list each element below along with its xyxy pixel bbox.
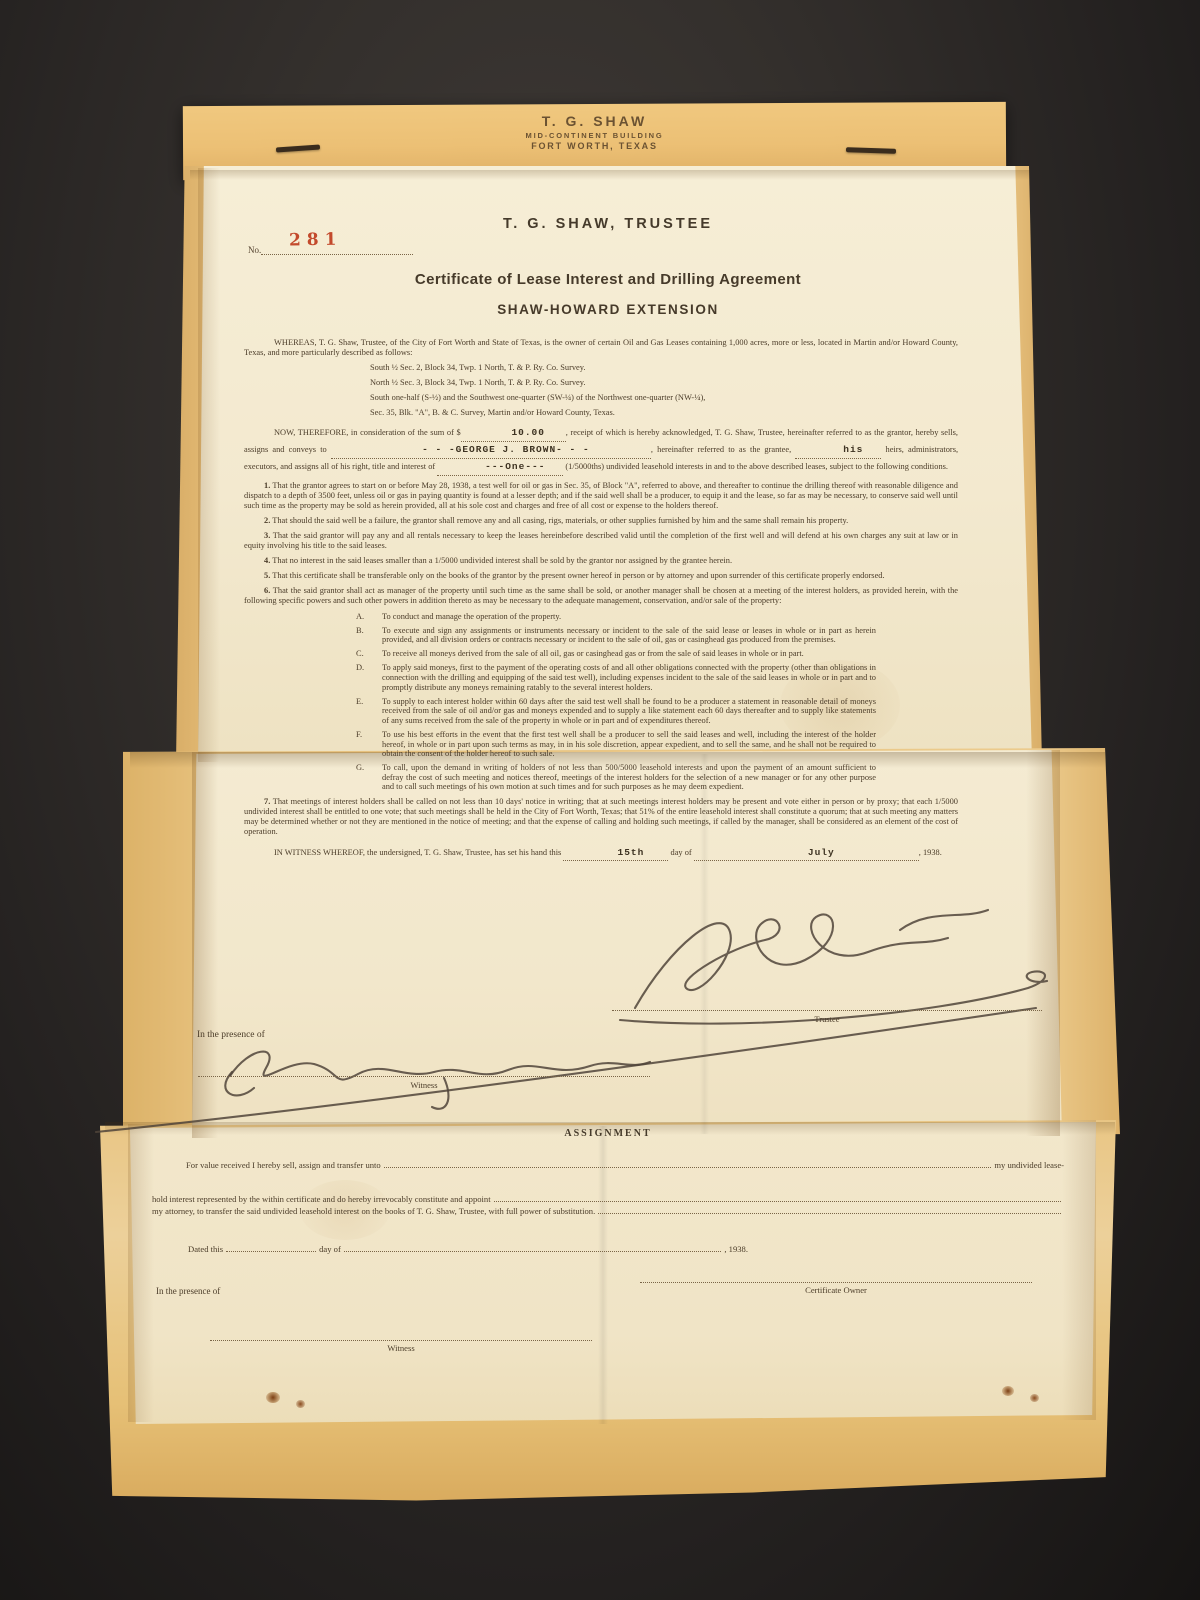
date-month-fill bbox=[344, 1251, 722, 1252]
clause-4: 4. That no interest in the said leases s… bbox=[244, 556, 958, 566]
clause-1: 1. That the grantor agrees to start on o… bbox=[244, 481, 958, 511]
assignment-dated-line: Dated thisday of, 1938. bbox=[188, 1244, 748, 1254]
subitem-f: F.To use his best efforts in the event t… bbox=[356, 730, 876, 759]
clause-5: 5. That this certificate shall be transf… bbox=[244, 571, 958, 581]
clause-7: 7. That meetings of interest holders sha… bbox=[244, 797, 958, 837]
possessive-fill: his bbox=[795, 442, 881, 459]
survey-line: North ½ Sec. 3, Block 34, Twp. 1 North, … bbox=[370, 378, 958, 388]
certificate-title: Certificate of Lease Interest and Drilli… bbox=[205, 271, 1011, 288]
assignment-witness-label: Witness bbox=[210, 1343, 592, 1353]
consideration-amount: 10.00 bbox=[461, 425, 566, 442]
letterhead-name: T. G. SHAW bbox=[183, 113, 1006, 129]
subitem-e: E.To supply to each interest holder with… bbox=[356, 697, 876, 726]
now-therefore-paragraph: NOW, THEREFORE, in consideration of the … bbox=[244, 425, 958, 476]
assignment-paragraph-1: For value received I hereby sell, assign… bbox=[156, 1160, 1064, 1170]
rust-stain bbox=[1030, 1394, 1039, 1402]
clause-6-subitems: A.To conduct and manage the operation of… bbox=[356, 612, 876, 793]
certificate-owner-label: Certificate Owner bbox=[640, 1285, 1032, 1295]
certificate-owner-line bbox=[640, 1272, 1032, 1283]
subitem-b: B.To execute and sign any assignments or… bbox=[356, 626, 876, 645]
letterhead-city: FORT WORTH, TEXAS bbox=[183, 141, 1006, 151]
trustee-label: Trustee bbox=[612, 1014, 1042, 1024]
number-label: No. bbox=[248, 245, 261, 255]
execution-month: July bbox=[694, 846, 919, 861]
letterhead-building: MID-CONTINENT BUILDING bbox=[183, 131, 1006, 140]
fill-line bbox=[598, 1213, 1061, 1214]
extension-title: SHAW-HOWARD EXTENSION bbox=[205, 302, 1011, 317]
certificate-number-line: No.281 bbox=[248, 240, 413, 255]
fill-line bbox=[494, 1201, 1061, 1202]
subitem-c: C.To receive all moneys derived from the… bbox=[356, 649, 876, 659]
subitem-a: A.To conduct and manage the operation of… bbox=[356, 612, 876, 622]
survey-line: South ½ Sec. 2, Block 34, Twp. 1 North, … bbox=[370, 363, 958, 373]
witness-signature-line bbox=[198, 1076, 650, 1077]
assignment-paragraph-2a: hold interest represented by the within … bbox=[152, 1194, 1064, 1204]
rust-stain bbox=[266, 1392, 280, 1403]
execution-day: 15th bbox=[563, 846, 668, 861]
photo-background: T. G. SHAW MID-CONTINENT BUILDING FORT W… bbox=[0, 0, 1200, 1600]
assignment-heading: ASSIGNMENT bbox=[300, 1128, 916, 1139]
execution-line: IN WITNESS WHEREOF, the undersigned, T. … bbox=[244, 846, 958, 861]
grantee-name: - - -GEORGE J. BROWN- - - bbox=[331, 442, 651, 459]
certificate-body: WHEREAS, T. G. Shaw, Trustee, of the Cit… bbox=[244, 338, 958, 866]
witness-label: Witness bbox=[198, 1080, 650, 1090]
trustee-signature-line bbox=[612, 1010, 1042, 1011]
assignment-presence-label: In the presence of bbox=[156, 1286, 220, 1296]
survey-line: Sec. 35, Blk. "A", B. & C. Survey, Marti… bbox=[370, 408, 958, 418]
certificate-number-stamp: 281 bbox=[289, 230, 343, 251]
assignment-paragraph-2b: my attorney, to transfer the said undivi… bbox=[152, 1206, 1064, 1216]
fill-line bbox=[384, 1167, 992, 1168]
survey-line: South one-half (S-½) and the Southwest o… bbox=[370, 393, 958, 403]
clause-2: 2. That should the said well be a failur… bbox=[244, 516, 958, 526]
clause-3: 3. That the said grantor will pay any an… bbox=[244, 531, 958, 551]
rust-stain bbox=[296, 1400, 305, 1408]
clause-6: 6. That the said grantor shall act as ma… bbox=[244, 586, 958, 606]
number-fill-line: 281 bbox=[261, 240, 413, 255]
subitem-d: D.To apply said moneys, first to the pay… bbox=[356, 663, 876, 692]
interest-fill: ---One--- bbox=[437, 459, 563, 476]
witness-signature bbox=[192, 1020, 662, 1120]
letterhead: T. G. SHAW MID-CONTINENT BUILDING FORT W… bbox=[183, 113, 1006, 151]
assignment-witness-block: Witness bbox=[210, 1330, 592, 1353]
date-day-fill bbox=[226, 1251, 316, 1252]
certificate-owner-block: Certificate Owner bbox=[640, 1272, 1032, 1295]
whereas-paragraph: WHEREAS, T. G. Shaw, Trustee, of the Cit… bbox=[244, 338, 958, 358]
rust-stain bbox=[1002, 1386, 1014, 1396]
subitem-g: G.To call, upon the demand in writing of… bbox=[356, 763, 876, 792]
assignment-witness-line bbox=[210, 1330, 592, 1341]
survey-descriptions: South ½ Sec. 2, Block 34, Twp. 1 North, … bbox=[370, 363, 958, 418]
